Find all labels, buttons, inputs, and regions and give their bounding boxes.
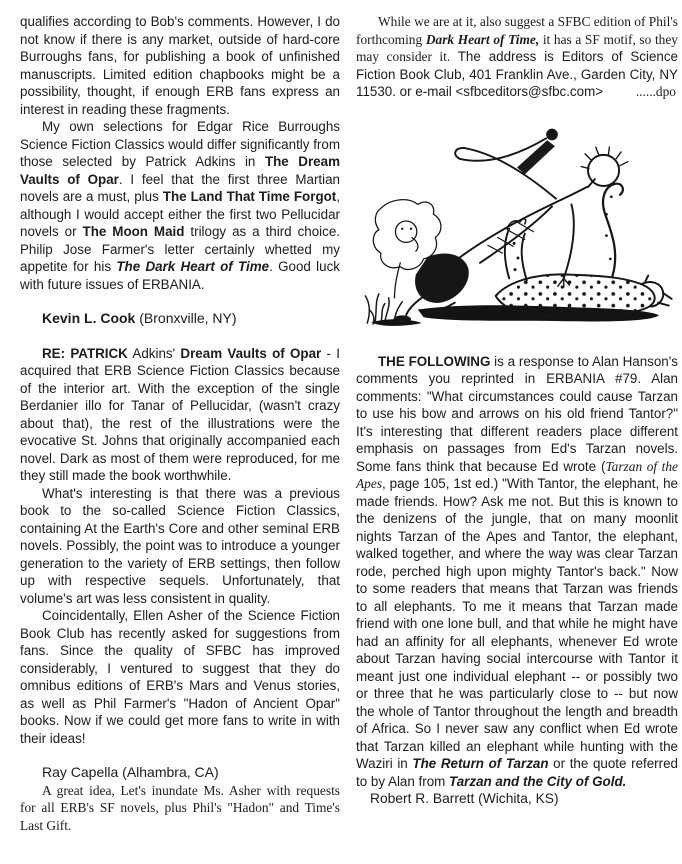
dpo-signoff: ......dpo: [614, 83, 676, 101]
text-segment: RE: PATRICK: [42, 346, 128, 361]
signature-ray-capella: Ray Capella (Alhambra, CA): [20, 764, 340, 782]
text-segment: Dark Heart of Time,: [426, 32, 539, 47]
text-segment: Tarzan and the City of Gold.: [449, 774, 626, 789]
text-segment: Robert R. Barrett (Wichita, KS): [370, 791, 559, 806]
text-segment: Adkins': [128, 346, 181, 361]
text-segment: The Return of Tarzan: [412, 756, 548, 771]
text-segment: Kevin L. Cook: [42, 310, 135, 326]
left-column: qualifies according to Bob's comments. H…: [20, 13, 340, 864]
previous-book-paragraph: What's interesting is that there was a p…: [20, 485, 340, 608]
ellen-asher-paragraph: Coincidentally, Ellen Asher of the Scien…: [20, 607, 340, 747]
right-column: ......dpoWhile we are at it, also sugges…: [356, 13, 678, 864]
text-segment: THE FOLLOWING: [378, 354, 490, 369]
text-segment: (Bronxville, NY): [135, 310, 236, 326]
text-segment: qualifies according to Bob's comments. H…: [20, 14, 340, 117]
text-segment: A great idea, Let's inundate Ms. Asher w…: [20, 783, 340, 833]
editor-reply-paragraph: ......dpoWhile we are at it, also sugges…: [356, 13, 678, 101]
text-segment: - I acquired that ERB Science Fiction Cl…: [20, 346, 340, 484]
text-segment: Ray Capella (Alhambra, CA): [42, 764, 219, 780]
text-segment: The Moon Maid: [83, 224, 185, 239]
text-segment: is a response to Alan Hanson's comments …: [356, 354, 678, 474]
signature-robert-barrett: Robert R. Barrett (Wichita, KS): [356, 790, 678, 808]
signature-kevin-cook: Kevin L. Cook (Bronxville, NY): [20, 310, 340, 328]
text-segment: The Dark Heart of Time: [116, 259, 269, 274]
text-segment: The Land That Time Forgot: [163, 189, 336, 204]
fanzine-letters-page: qualifies according to Bob's comments. H…: [0, 0, 682, 864]
selections-paragraph: My own selections for Edgar Rice Burroug…: [20, 118, 340, 293]
text-segment: , page 105, 1st ed.) "With Tantor, the e…: [356, 476, 678, 771]
text-segment: Coincidentally, Ellen Asher of the Scien…: [20, 608, 340, 746]
text-segment: Dream Vaults of Opar: [180, 346, 321, 361]
editor-note: A great idea, Let's inundate Ms. Asher w…: [20, 782, 340, 835]
tarzan-leopard-illustration-svg: [356, 115, 678, 327]
the-following-paragraph: THE FOLLOWING is a response to Alan Hans…: [356, 353, 678, 791]
letter-continuation-paragraph: qualifies according to Bob's comments. H…: [20, 13, 340, 118]
text-segment: What's interesting is that there was a p…: [20, 486, 340, 606]
re-patrick-paragraph: RE: PATRICK Adkins' Dream Vaults of Opar…: [20, 345, 340, 485]
tarzan-leopard-illustration: [356, 115, 678, 327]
